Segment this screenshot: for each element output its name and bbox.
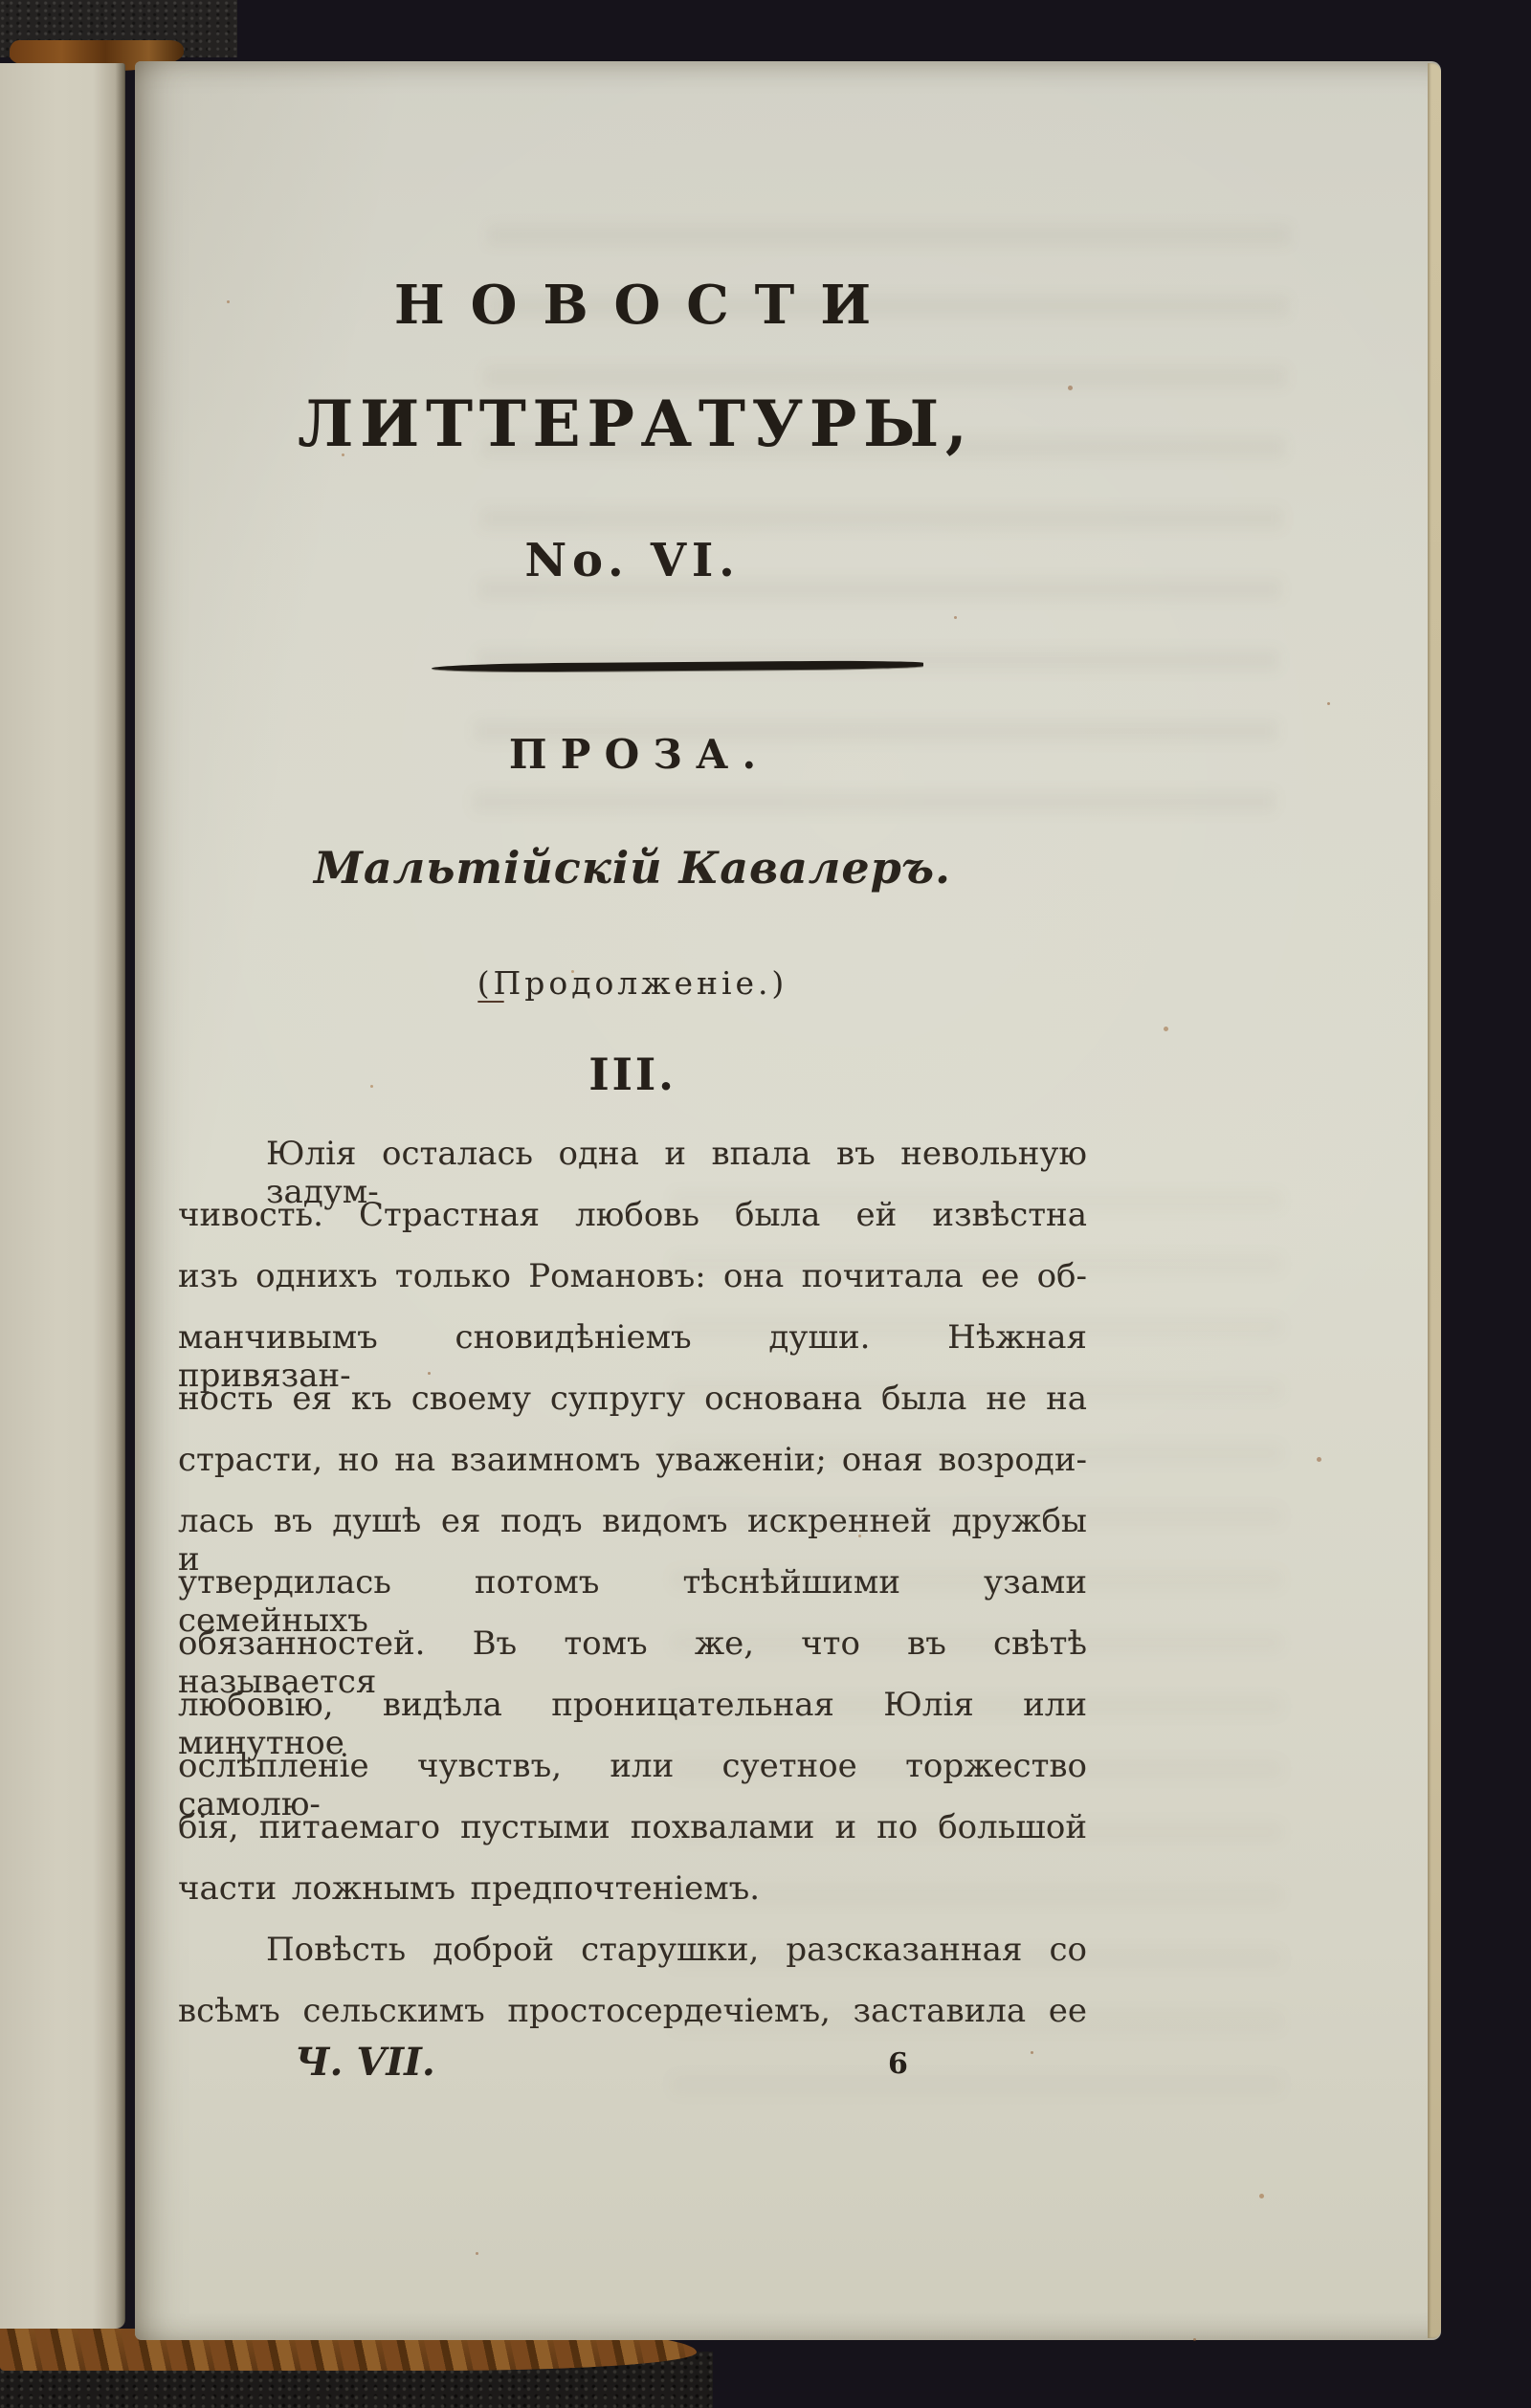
body-line: ность ея къ своему супругу основана была… [178, 1380, 1087, 1418]
section-heading: ПРОЗА. [178, 731, 1087, 778]
body-line: Повѣсть доброй старушки, разсказанная со [178, 1931, 1087, 1969]
masthead-title-line1: НОВОСТИ [178, 274, 1087, 337]
previous-page-edge [0, 63, 125, 2329]
chapter-heading: III. [178, 1049, 1087, 1100]
issue-number: No. VI. [178, 534, 1087, 587]
continuation-dash: — [477, 983, 505, 1017]
body-line: чивость. Страстная любовь была ей извѣст… [178, 1196, 1087, 1234]
page: НОВОСТИ ЛИТТЕРАТУРЫ, No. VI. ПРОЗА. Маль… [135, 61, 1441, 2340]
continuation-label: (Продолженіе.) [477, 964, 788, 1002]
body-line: бія, питаемаго пустыми похвалами и по бо… [178, 1808, 1087, 1846]
continuation-note: — (Продолженіе.) [178, 964, 1087, 1002]
book-photo: НОВОСТИ ЛИТТЕРАТУРЫ, No. VI. ПРОЗА. Маль… [0, 0, 1531, 2408]
volume-label: Ч. VII. [295, 2040, 435, 2085]
footer: Ч. VII. 6 [178, 2040, 1087, 2097]
body-line: части ложнымъ предпочтеніемъ. [178, 1869, 1087, 1908]
body-line: всѣмъ сельскимъ простосердечіемъ, застав… [178, 1992, 1087, 2030]
body-line: изъ однихъ только Романовъ: она почитала… [178, 1257, 1087, 1295]
signature-mark: 6 [888, 2047, 908, 2081]
masthead-title-line2: ЛИТТЕРАТУРЫ, [178, 387, 1087, 461]
article-title: Мальтійскій Кавалеръ. [178, 842, 1087, 894]
page-edge [1428, 63, 1441, 2338]
body-line: страсти, но на взаимномъ уваженіи; оная … [178, 1441, 1087, 1479]
